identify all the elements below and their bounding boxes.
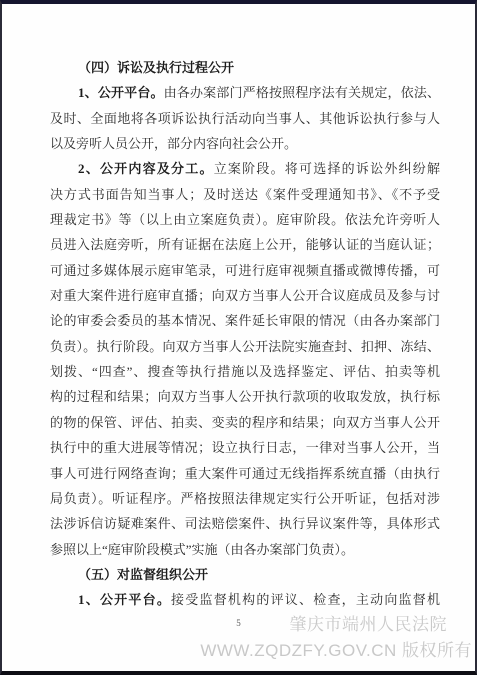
text-segment: 事人可进行网络查询；重大案件可通过无线指挥系统直播（由执行 — [50, 466, 440, 481]
text-segment: 负责）。执行阶段。向双方当事人公开法院实施查封、扣押、冻结、 — [50, 339, 440, 354]
text-line: 及时、全面地将各项诉讼执行活动向当事人、其他诉讼执行参与人 — [50, 106, 440, 131]
text-segment: 参照以上“庭审阶段模式”实施（由各办案部门负责）。 — [50, 542, 354, 557]
text-line: 1、公开平台。由各办案部门严格按照程序法有关规定，依法、 — [50, 80, 440, 105]
text-line: 划拨、“四查”、搜查等执行措施以及选择鉴定、评估、拍卖等机 — [50, 359, 440, 384]
text-segment: 划拨、“四查”、搜查等执行措施以及选择鉴定、评估、拍卖等机 — [50, 364, 440, 379]
text-segment: 员进入法庭旁听，所有证据在法庭上公开，能够认证的当庭认证； — [50, 237, 440, 252]
text-segment: 论的审委会委员的基本情况、案件延长审限的情况（由各办案部门 — [50, 313, 440, 328]
text-line: 员进入法庭旁听，所有证据在法庭上公开，能够认证的当庭认证； — [50, 232, 440, 257]
text-segment: 的物的保管、评估、拍卖、变卖的程序和结果；向双方当事人公开 — [50, 415, 440, 430]
scanned-document-page: （四）诉讼及执行过程公开1、公开平台。由各办案部门严格按照程序法有关规定，依法、… — [0, 0, 477, 675]
text-line: 事人可进行网络查询；重大案件可通过无线指挥系统直播（由执行 — [50, 461, 440, 486]
text-segment: 局负责）。听证程序。严格按照法律规定实行公开听证，包括对涉 — [50, 491, 440, 506]
text-segment: 法涉诉信访疑难案件、司法赔偿案件、执行异议案件等，具体形式 — [50, 516, 440, 531]
text-segment-heading: （四）诉讼及执行过程公开 — [78, 60, 234, 75]
text-segment-heading: 1、公开平台。 — [78, 85, 164, 100]
text-line: 对重大案件进行庭审直播；向双方当事人公开合议庭成员及参与讨 — [50, 283, 440, 308]
text-segment: 立案阶段。将可选择的诉讼外纠纷解 — [214, 161, 440, 176]
text-line: 决方式书面告知当事人；及时送达《案件受理通知书》、《不予受 — [50, 182, 440, 207]
text-segment: 及时、全面地将各项诉讼执行活动向当事人、其他诉讼执行参与人 — [50, 111, 440, 126]
text-line: 参照以上“庭审阶段模式”实施（由各办案部门负责）。 — [50, 537, 440, 562]
text-line: 负责）。执行阶段。向双方当事人公开法院实施查封、扣押、冻结、 — [50, 334, 440, 359]
text-segment: 由各办案部门严格按照程序法有关规定，依法、 — [164, 85, 440, 100]
text-line: 执行中的重大进展等情况；设立执行日志，一律对当事人公开，当 — [50, 435, 440, 460]
text-segment: 决方式书面告知当事人；及时送达《案件受理通知书》、《不予受 — [50, 187, 440, 202]
text-segment: 执行中的重大进展等情况；设立执行日志，一律对当事人公开，当 — [50, 440, 440, 455]
text-line: 可通过多媒体展示庭审笔录，可进行庭审视频直播或微博传播，可 — [50, 258, 440, 283]
text-line: 的物的保管、评估、拍卖、变卖的程序和结果；向双方当事人公开 — [50, 410, 440, 435]
text-segment-heading: （五）对监督组织公开 — [78, 567, 208, 582]
text-line: （四）诉讼及执行过程公开 — [50, 55, 440, 80]
text-line: 1、公开平台。接受监督机构的评议、检查，主动向监督机 — [50, 587, 440, 612]
watermark-court-name: 肇庆市端州人民法院 — [290, 610, 448, 635]
text-segment: 可通过多媒体展示庭审笔录，可进行庭审视频直播或微博传播，可 — [50, 263, 440, 278]
text-segment-heading: 1、公开平台。 — [78, 592, 171, 607]
text-segment: 构的过程和结果；向双方当事人公开执行款项的收取发放，执行标 — [50, 389, 440, 404]
text-segment: 理裁定书》等（以上由立案庭负责）。庭审阶段。依法允许旁听人 — [50, 212, 440, 227]
text-line: 构的过程和结果；向双方当事人公开执行款项的收取发放，执行标 — [50, 384, 440, 409]
text-line: 2、公开内容及分工。立案阶段。将可选择的诉讼外纠纷解 — [50, 156, 440, 181]
text-segment: 接受监督机构的评议、检查，主动向监督机 — [171, 592, 440, 607]
text-line: 理裁定书》等（以上由立案庭负责）。庭审阶段。依法允许旁听人 — [50, 207, 440, 232]
text-line: 以及旁听人员公开，部分内容向社会公开。 — [50, 131, 440, 156]
text-line: （五）对监督组织公开 — [50, 562, 440, 587]
text-line: 局负责）。听证程序。严格按照法律规定实行公开听证，包括对涉 — [50, 486, 440, 511]
text-line: 论的审委会委员的基本情况、案件延长审限的情况（由各办案部门 — [50, 308, 440, 333]
text-segment-heading: 2、公开内容及分工。 — [78, 161, 214, 176]
text-segment: 对重大案件进行庭审直播；向双方当事人公开合议庭成员及参与讨 — [50, 288, 440, 303]
document-body: （四）诉讼及执行过程公开1、公开平台。由各办案部门严格按照程序法有关规定，依法、… — [50, 55, 440, 613]
watermark-website-copyright: WWW.ZQDZFY.GOV.CN 版权所有 — [200, 636, 472, 661]
text-line: 法涉诉信访疑难案件、司法赔偿案件、执行异议案件等，具体形式 — [50, 511, 440, 536]
text-segment: 以及旁听人员公开，部分内容向社会公开。 — [50, 136, 297, 151]
